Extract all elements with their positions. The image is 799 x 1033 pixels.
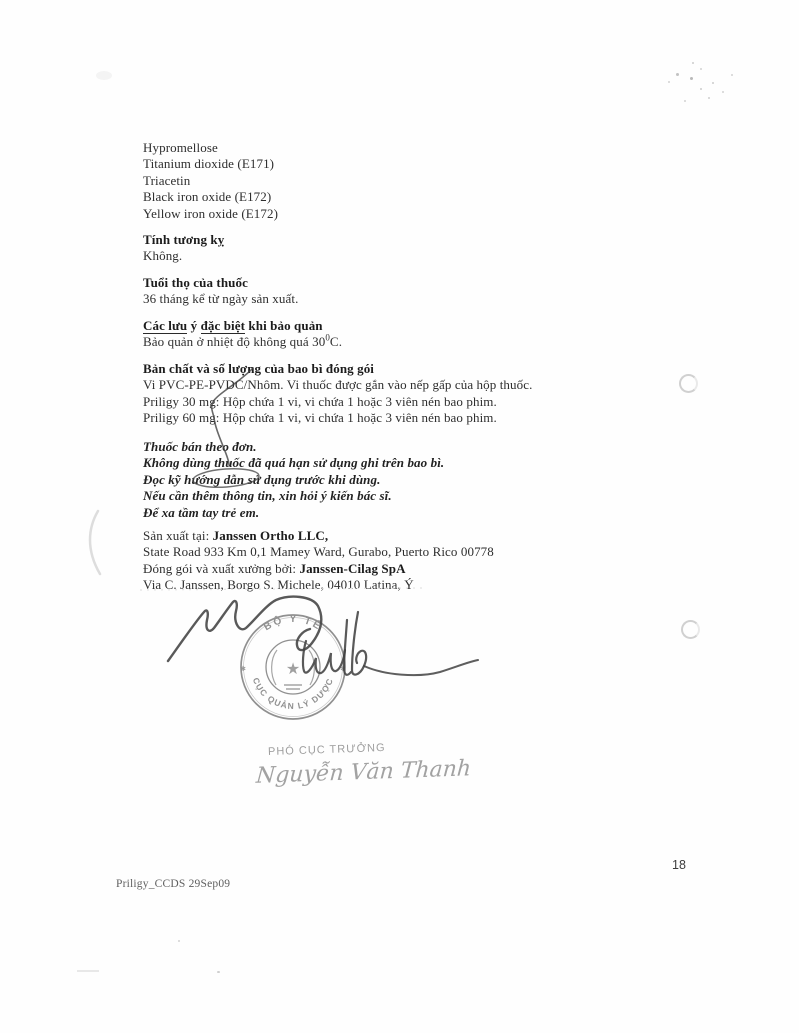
manufacturer-line-made: Sản xuất tại: Janssen Ortho LLC,	[143, 528, 494, 544]
storage-heading-mid-1: ý	[187, 318, 200, 333]
storage-heading-mid-2: khi bảo quản	[245, 318, 323, 333]
scan-smudge	[96, 71, 112, 80]
storage-body: Bảo quản ở nhiệt độ không quá 300C.	[143, 334, 342, 350]
dust-dot	[712, 82, 714, 84]
emblem-star-icon: ★	[286, 661, 300, 678]
incompatibility-body: Không.	[143, 248, 224, 264]
ingredient-line: Titanium dioxide (E171)	[143, 156, 278, 172]
scan-dash-mark	[77, 970, 99, 972]
scan-arc-stroke	[90, 511, 100, 574]
dust-dot	[217, 971, 220, 973]
pen-circle-around-text	[192, 467, 259, 490]
scanned-document-page: Hypromellose Titanium dioxide (E171) Tri…	[0, 0, 799, 1033]
scan-artifact-arc	[70, 508, 110, 580]
dust-dot	[700, 68, 702, 70]
shelf-life-heading: Tuổi thọ của thuốc	[143, 275, 298, 291]
shelf-life-body: 36 tháng kể từ ngày sản xuất.	[143, 291, 298, 307]
page-number: 18	[672, 858, 686, 872]
ingredient-line: Yellow iron oxide (E172)	[143, 206, 278, 222]
dust-dot	[731, 74, 733, 76]
made-name: Janssen Ortho LLC,	[213, 528, 329, 543]
signature-tail	[364, 660, 478, 675]
seal-ministry-text: BỘ Y TẾ	[262, 613, 325, 633]
dust-dot	[676, 73, 679, 76]
incompatibility-heading: Tính tương kỵ	[143, 232, 224, 248]
emblem-gear	[284, 685, 302, 689]
storage-body-unit: C.	[330, 334, 342, 349]
section-shelf-life: Tuổi thọ của thuốc 36 tháng kể từ ngày s…	[143, 275, 298, 308]
dust-dot	[722, 91, 724, 93]
dust-dot	[700, 88, 702, 90]
punch-hole-mark-top	[679, 374, 698, 393]
ingredients-list: Hypromellose Titanium dioxide (E171) Tri…	[143, 140, 278, 222]
section-storage: Các lưu ý đặc biệt khi bảo quản Bảo quản…	[143, 318, 342, 351]
emblem-wreath-left	[272, 650, 277, 685]
dust-dot	[178, 940, 180, 942]
made-label: Sản xuất tại:	[143, 528, 213, 543]
manufacturer-line-packed: Đóng gói và xuất xưởng bởi: Janssen-Cila…	[143, 561, 494, 577]
packed-label: Đóng gói và xuất xưởng bởi:	[143, 561, 299, 576]
signature-flourish-left	[168, 597, 321, 661]
seal-separator-star-left: ✱	[240, 665, 246, 673]
punch-hole-mark-bottom	[681, 620, 700, 639]
pen-stroke-diagonal	[212, 368, 253, 465]
storage-heading-underlined-1: Các lưu	[143, 318, 187, 334]
ingredient-line: Hypromellose	[143, 140, 278, 156]
dust-dot	[690, 77, 693, 80]
dust-dot	[708, 97, 710, 99]
storage-heading: Các lưu ý đặc biệt khi bảo quản	[143, 318, 342, 334]
prescription-note: Để xa tầm tay trẻ em.	[143, 505, 444, 521]
dust-dot	[684, 100, 686, 102]
dust-dot	[692, 62, 694, 64]
ingredient-line: Black iron oxide (E172)	[143, 189, 278, 205]
dust-dot	[668, 81, 670, 83]
document-footer-reference: Priligy_CCDS 29Sep09	[116, 878, 230, 890]
pen-mark-annotation	[185, 360, 305, 495]
storage-body-text: Bảo quản ở nhiệt độ không quá 30	[143, 334, 325, 349]
signature-ascenders	[344, 612, 366, 675]
scan-artifact-dotted-line	[140, 588, 422, 590]
seal-ministry-textpath: BỘ Y TẾ	[262, 613, 325, 633]
made-address: State Road 933 Km 0,1 Mamey Ward, Gurabo…	[143, 544, 494, 560]
section-incompatibility: Tính tương kỵ Không.	[143, 232, 224, 265]
storage-heading-underlined-2: đặc biệt	[201, 318, 246, 334]
packed-name: Janssen-Cilag SpA	[299, 561, 405, 576]
ingredient-line: Triacetin	[143, 173, 278, 189]
